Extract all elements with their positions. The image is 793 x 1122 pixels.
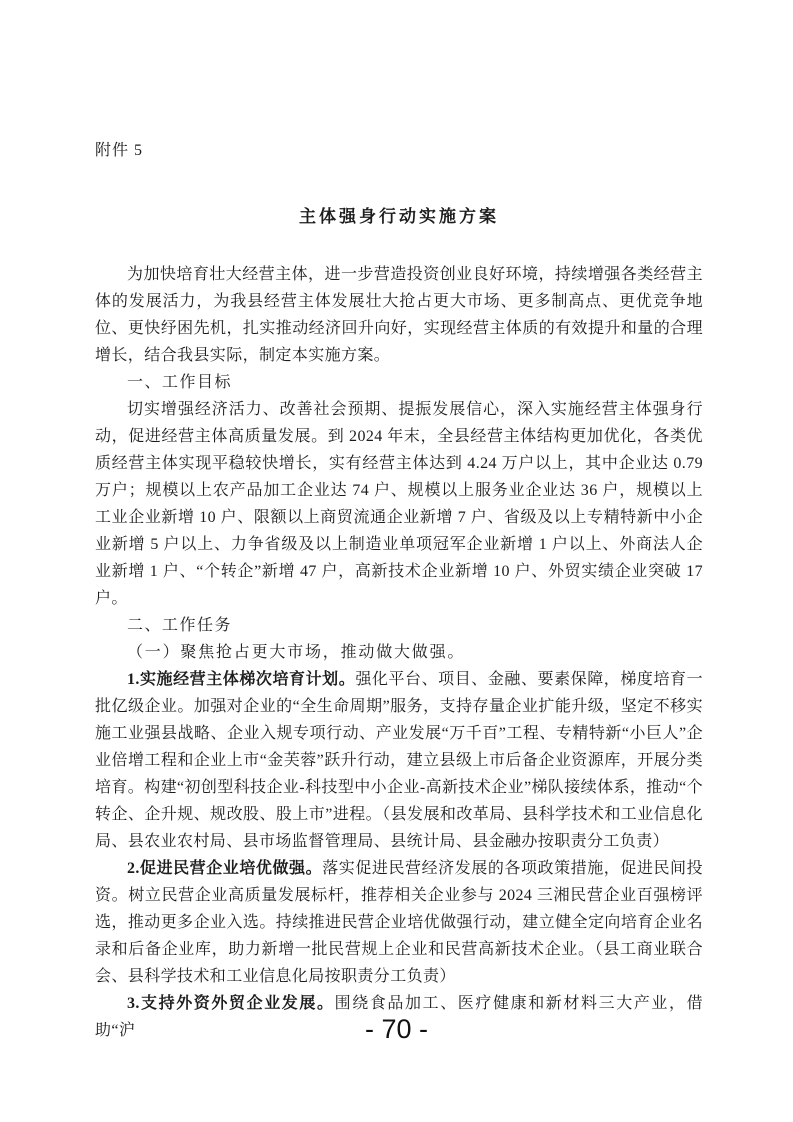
intro-paragraph: 为加快培育壮大经营主体，进一步营造投资创业良好环境，持续增强各类经营主体的发展活… [95,261,703,369]
section1-heading: 一、工作目标 [95,369,703,396]
document-body: 为加快培育壮大经营主体，进一步营造投资创业良好环境，持续增强各类经营主体的发展活… [95,261,703,1044]
page-number: - 70 - [0,1014,793,1044]
attachment-label: 附件 5 [95,140,703,162]
task3-lead: 3.支持外资外贸企业发展。 [127,995,335,1012]
task1-lead: 1.实施经营主体梯次培育计划。 [127,671,355,688]
section1-paragraph: 切实增强经济活力、改善社会预期、提振发展信心，深入实施经营主体强身行动，促进经营… [95,396,703,612]
document-page: 附件 5 主体强身行动实施方案 为加快培育壮大经营主体，进一步营造投资创业良好环… [0,0,793,1122]
section2-subheading-1: （一）聚焦抢占更大市场，推动做大做强。 [95,639,703,666]
task2-text: 落实促进民营经济发展的各项政策措施，促进民间投资。树立民营企业高质量发展标杆，推… [95,860,703,985]
section2-heading: 二、工作任务 [95,612,703,639]
task2-paragraph: 2.促进民营企业培优做强。落实促进民营经济发展的各项政策措施，促进民间投资。树立… [95,855,703,990]
document-content: 附件 5 主体强身行动实施方案 为加快培育壮大经营主体，进一步营造投资创业良好环… [95,140,703,1044]
document-title: 主体强身行动实施方案 [95,204,703,230]
task2-lead: 2.促进民营企业培优做强。 [127,860,322,877]
task1-paragraph: 1.实施经营主体梯次培育计划。强化平台、项目、金融、要素保障，梯度培育一批亿级企… [95,666,703,855]
task1-text: 强化平台、项目、金融、要素保障，梯度培育一批亿级企业。加强对企业的“全生命周期”… [95,671,703,850]
